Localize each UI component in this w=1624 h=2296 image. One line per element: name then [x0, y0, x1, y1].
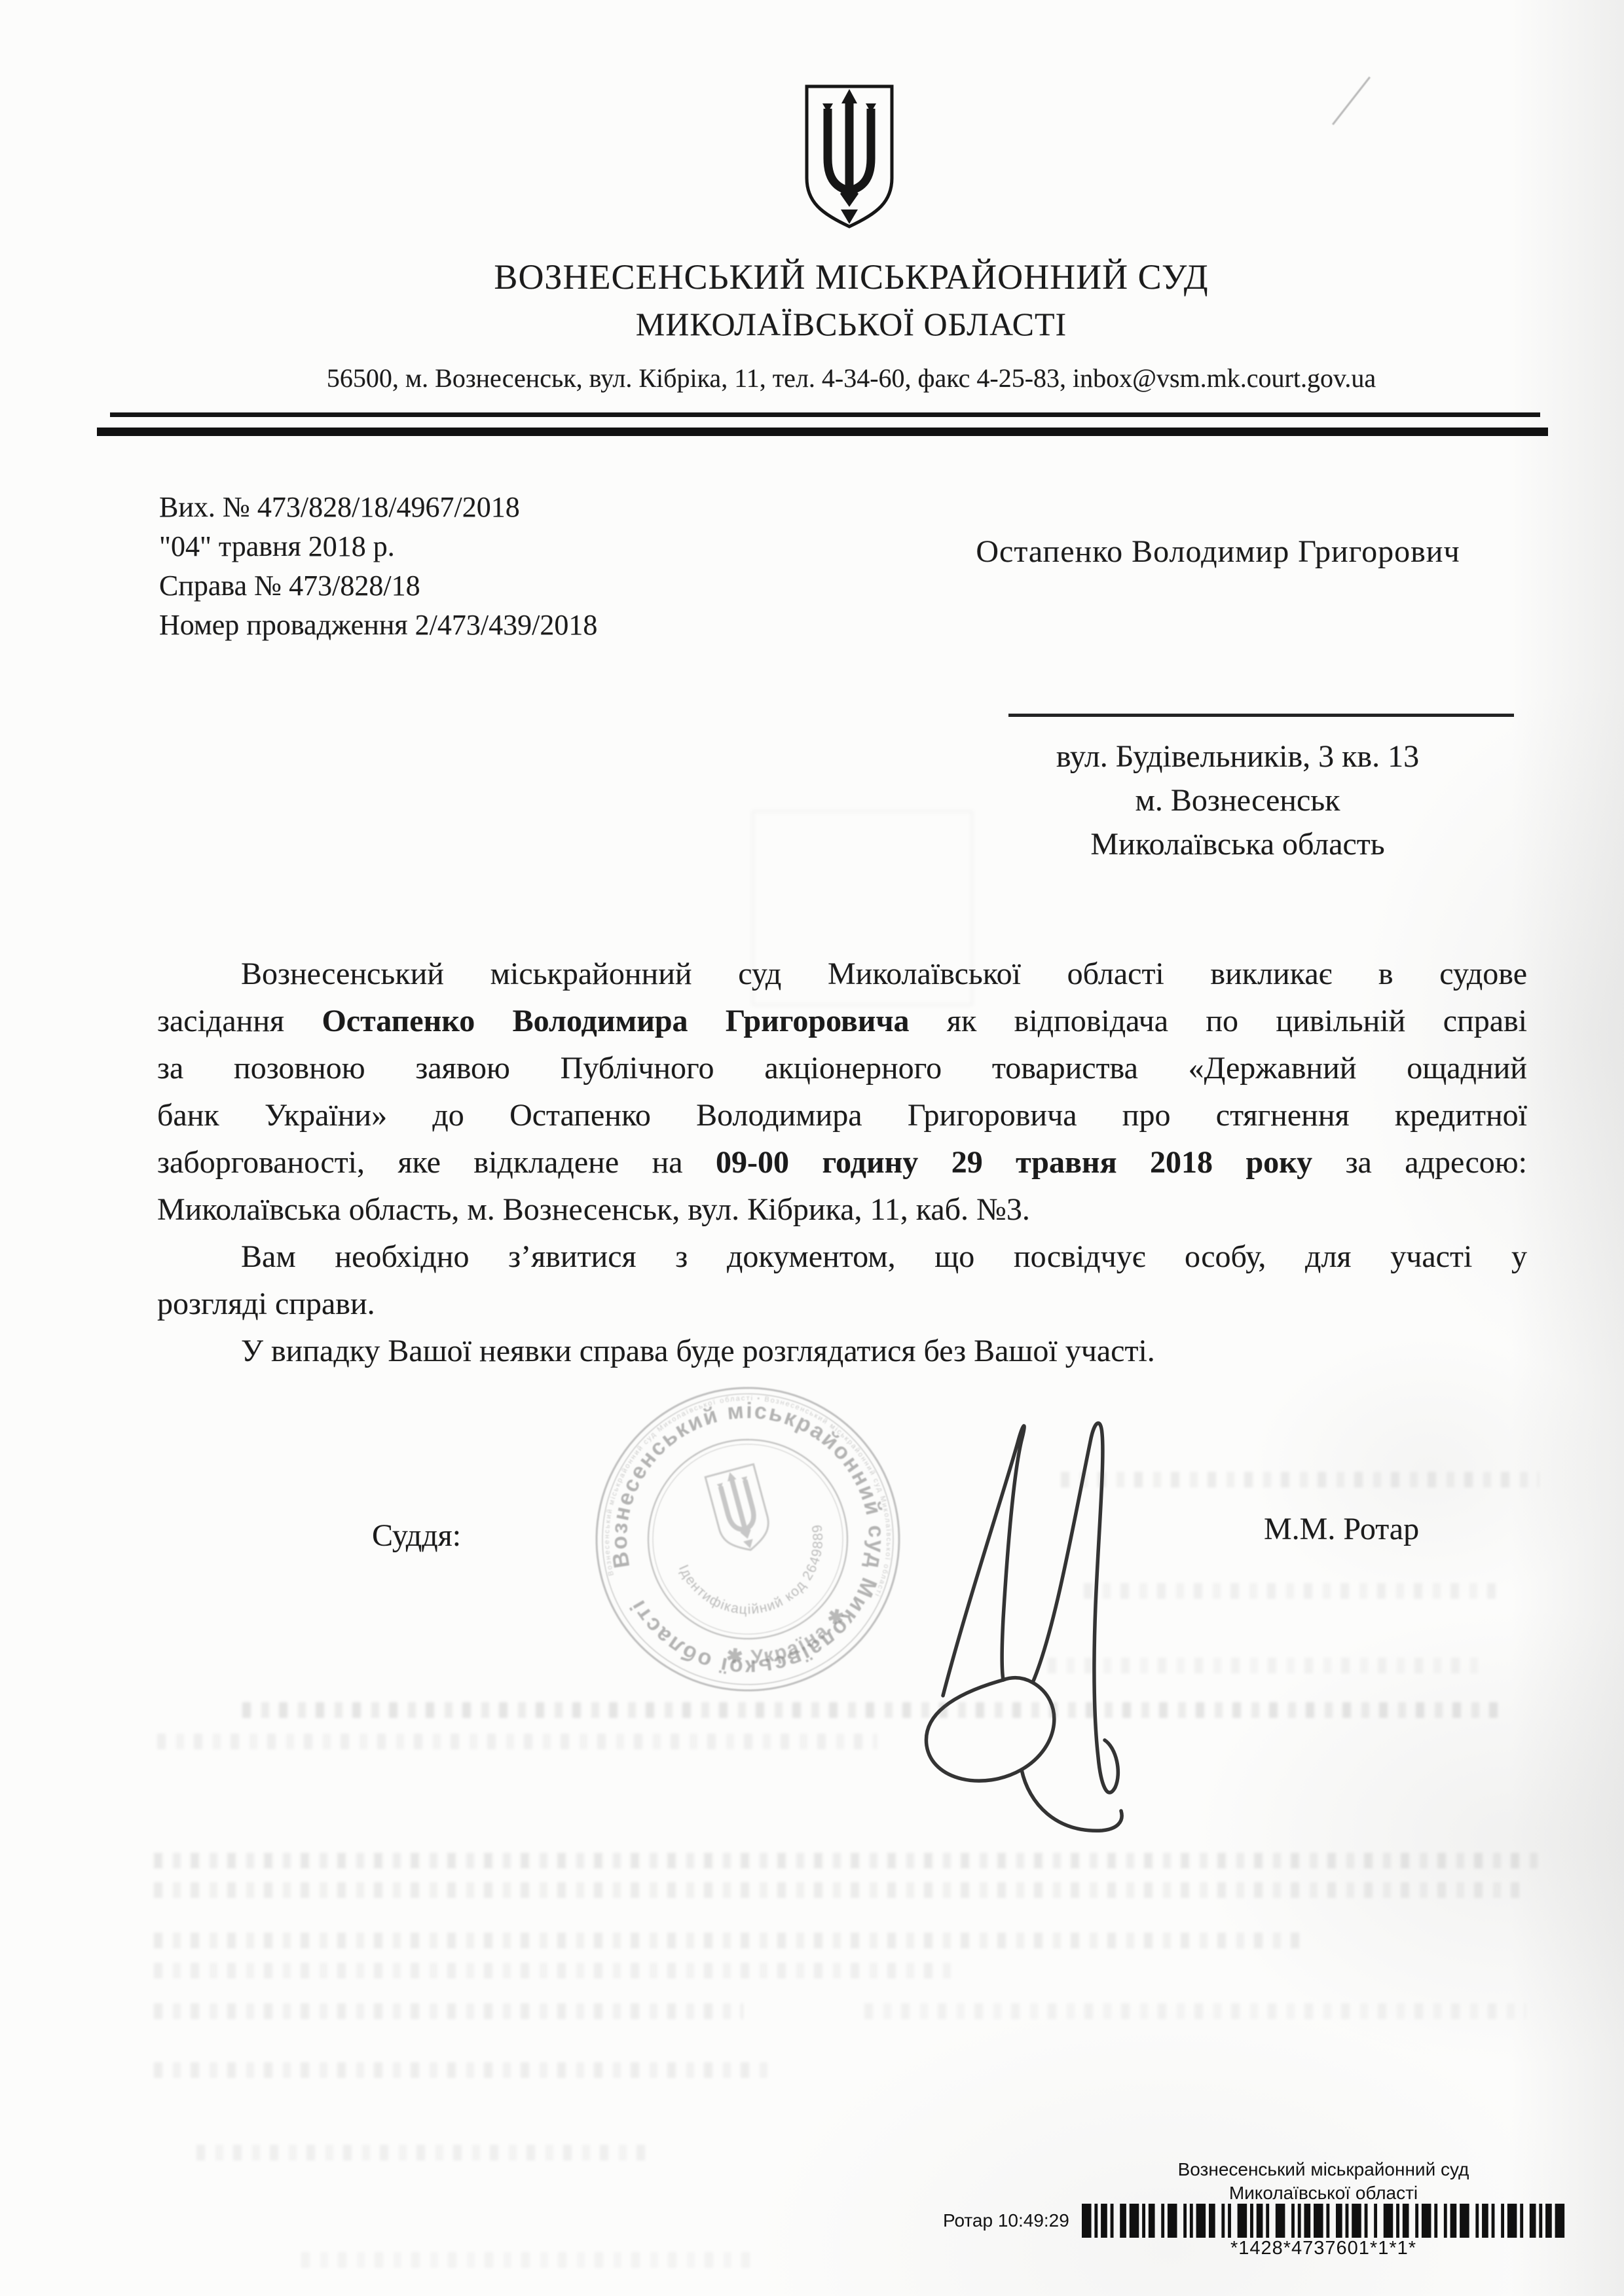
letterhead-divider-thin [110, 412, 1540, 417]
barcode-bars [1082, 2204, 1564, 2238]
scanned-court-letter: ВОЗНЕСЕНСЬКИЙ МІСЬКРАЙОННИЙ СУД МИКОЛАЇВ… [0, 0, 1624, 2296]
body-paragraphs: Вознесенський міськрайонний суд Миколаїв… [157, 951, 1527, 1375]
bleedthrough-artifact [301, 2252, 760, 2268]
bleedthrough-artifact [154, 1933, 1300, 1948]
bleedthrough-artifact [157, 1734, 877, 1749]
bleedthrough-artifact [154, 1963, 959, 1978]
court-title-line2: МИКОЛАЇВСЬКОЇ ОБЛАСТІ [170, 305, 1532, 343]
court-title-line1: ВОЗНЕСЕНСЬКИЙ МІСЬКРАЙОННИЙ СУД [170, 257, 1532, 297]
bleedthrough-artifact [864, 2003, 1526, 2019]
bleedthrough-artifact [154, 2003, 743, 2019]
bleedthrough-artifact [242, 1702, 1506, 1718]
proceeding-number: Номер провадження 2/473/439/2018 [159, 606, 597, 645]
recipient-region: Миколаївська область [943, 826, 1532, 862]
barcode-number: *1428*4737601*1*1* [1080, 2238, 1566, 2259]
body-line: банк України» до Остапенко Володимира Гр… [157, 1092, 1527, 1139]
reference-block: Вих. № 473/828/18/4967/2018 "04" травня … [159, 488, 597, 645]
bleedthrough-artifact [154, 1882, 1529, 1898]
bleedthrough-artifact [1048, 1658, 1480, 1673]
footer-court-line1: Вознесенський міськрайонний суд [1080, 2159, 1566, 2180]
bleedthrough-artifact [1084, 1583, 1503, 1599]
bleedthrough-artifact [154, 2062, 776, 2078]
stamp-trident-icon [705, 1465, 775, 1557]
bleedthrough-artifact [196, 2145, 655, 2160]
scan-scratch-artifact [1332, 77, 1371, 125]
letter-date: "04" травня 2018 р. [159, 527, 597, 566]
body-line: за позовною заявою Публічного акціонерно… [157, 1045, 1527, 1092]
recipient-street: вул. Будівельників, 3 кв. 13 [943, 738, 1532, 774]
body-line: розгляді справи. [157, 1281, 1527, 1328]
recipient-name: Остапенко Володимир Григорович [904, 534, 1532, 570]
outgoing-number: Вих. № 473/828/18/4967/2018 [159, 488, 597, 527]
footer-court-line2: Миколаївської області [1080, 2183, 1566, 2204]
case-number: Справа № 473/828/18 [159, 566, 597, 606]
barcode [1082, 2204, 1568, 2238]
recipient-city: м. Вознесенськ [943, 782, 1532, 818]
footer-operator-timestamp: Ротар 10:49:29 [943, 2210, 1069, 2231]
judge-label: Суддя: [372, 1518, 461, 1554]
bleedthrough-artifact [752, 811, 973, 1006]
bleedthrough-artifact [1061, 1472, 1539, 1487]
court-stamp: Вознесенський міськрайонний суд Миколаїв… [583, 1367, 923, 1714]
coat-of-arms-icon [800, 81, 898, 232]
body-line: Миколаївська область, м. Вознесенськ, ву… [157, 1186, 1527, 1233]
judge-name: М.М. Ротар [1264, 1511, 1419, 1547]
court-contact-line: 56500, м. Вознесенськ, вул. Кібріка, 11,… [170, 363, 1532, 393]
judge-signature-autograph [904, 1381, 1185, 1853]
bleedthrough-artifact [154, 1853, 1542, 1868]
body-line: заборгованості, яке відкладене на 09-00 … [157, 1139, 1527, 1186]
body-line: Вам необхідно з’явитися з документом, що… [157, 1233, 1527, 1281]
letterhead-divider-thick [97, 428, 1548, 436]
address-divider-line [1008, 714, 1514, 717]
